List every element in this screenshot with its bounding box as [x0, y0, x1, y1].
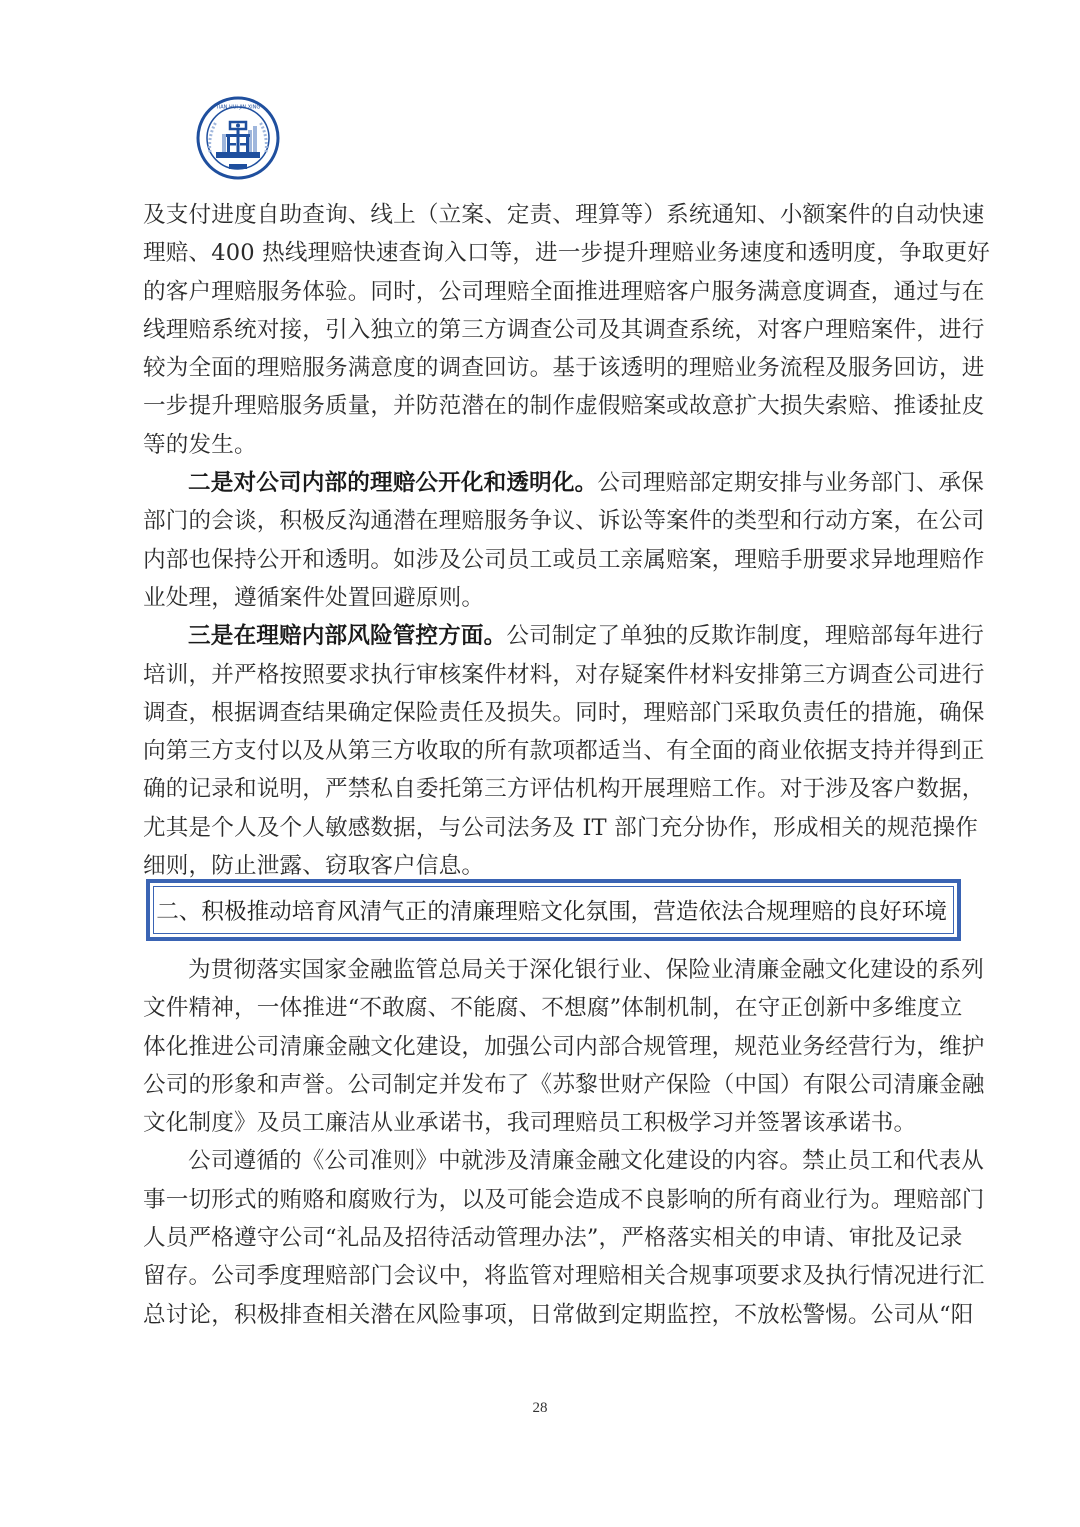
paragraph-line: 公司的形象和声誉。公司制定并发布了《苏黎世财产保险（中国）有限公司清廉金融 [143, 1066, 951, 1104]
paragraph-line: 培训，并严格按照要求执行审核案件材料，对存疑案件材料安排第三方调查公司进行 [143, 656, 951, 694]
paragraph-line: 人员严格遵守公司“礼品及招待活动管理办法”，严格落实相关的申请、审批及记录 [143, 1219, 951, 1257]
paragraph-line: 较为全面的理赔服务满意度的调查回访。基于该透明的理赔业务流程及服务回访，进 [143, 349, 951, 387]
paragraph-line: 事一切形式的贿赂和腐败行为，以及可能会造成不良影响的所有商业行为。理赔部门 [143, 1181, 951, 1219]
paragraph-line: 公司遵循的《公司准则》中就涉及清廉金融文化建设的内容。禁止员工和代表从 [143, 1142, 951, 1180]
section-heading: 二、积极推动培育风清气正的清廉理赔文化氛围，营造依法合规理赔的良好环境 [156, 894, 947, 926]
paragraph-line: 调查，根据调查结果确定保险责任及损失。同时，理赔部门采取负责任的措施，确保 [143, 694, 951, 732]
paragraph-line: 留存。公司季度理赔部门会议中，将监管对理赔相关合规事项要求及执行情况进行汇 [143, 1257, 951, 1295]
paragraph-line: 文化制度》及员工廉洁从业承诺书，我司理赔员工积极学习并签署该承诺书。 [143, 1104, 951, 1142]
paragraph-line: 理赔、400 热线理赔快速查询入口等，进一步提升理赔业务速度和透明度，争取更好 [143, 234, 951, 272]
paragraph-line: 线理赔系统对接，引入独立的第三方调查公司及其调查系统，对客户理赔案件，进行 [143, 311, 951, 349]
paragraph-text: 公司制定了单独的反欺诈制度，理赔部每年进行 [506, 623, 984, 649]
paragraph-line: 一步提升理赔服务质量，并防范潜在的制作虚假赔案或故意扩大损失索赔、推诿扯皮 [143, 387, 951, 425]
paragraph-internal-transparency: 二是对公司内部的理赔公开化和透明化。公司理赔部定期安排与业务部门、承保 [143, 464, 951, 502]
bold-lead-text: 二是对公司内部的理赔公开化和透明化。 [188, 470, 597, 496]
section-claims-transparency: 及支付进度自助查询、线上（立案、定责、理算等）系统通知、小额案件的自动快速 理赔… [143, 196, 951, 885]
section-heading-box: 二、积极推动培育风清气正的清廉理赔文化氛围，营造依法合规理赔的良好环境 [146, 879, 961, 941]
section-integrity-culture: 为贯彻落实国家金融监管总局关于深化银行业、保险业清廉金融文化建设的系列 文件精神… [143, 951, 951, 1334]
paragraph-risk-control: 三是在理赔内部风险管控方面。公司制定了单独的反欺诈制度，理赔部每年进行 [143, 617, 951, 655]
paragraph-line: 总讨论，积极排查相关潜在风险事项，日常做到定期监控，不放松警惕。公司从“阳 [143, 1296, 951, 1334]
paragraph-line: 部门的会谈，积极反沟通潜在理赔服务争议、诉讼等案件的类型和行动方案，在公司 [143, 502, 951, 540]
paragraph-line: 体化推进公司清廉金融文化建设，加强公司内部合规管理，规范业务经营行为，维护 [143, 1028, 951, 1066]
paragraph-line: 确的记录和说明，严禁私自委托第三方评估机构开展理赔工作。对于涉及客户数据， [143, 770, 951, 808]
bold-lead-text: 三是在理赔内部风险管控方面。 [188, 623, 506, 649]
paragraph-line: 尤其是个人及个人敏感数据，与公司法务及 IT 部门充分协作，形成相关的规范操作 [143, 809, 951, 847]
paragraph-line: 内部也保持公开和透明。如涉及公司员工或员工亲属赔案，理赔手册要求异地理赔作 [143, 541, 951, 579]
paragraph-line: 为贯彻落实国家金融监管总局关于深化银行业、保险业清廉金融文化建设的系列 [143, 951, 951, 989]
page-number: 28 [0, 1400, 1080, 1417]
paragraph-line: 等的发生。 [143, 426, 951, 464]
logo-ring-text: TIAN HUI JIN XING [215, 105, 261, 111]
paragraph-line: 文件精神，一体推进“不敢腐、不能腐、不想腐”体制机制，在守正创新中多维度立 [143, 989, 951, 1027]
paragraph-line: 向第三方支付以及从第三方收取的所有款项都适当、有全面的商业依据支持并得到正 [143, 732, 951, 770]
paragraph-text: 公司理赔部定期安排与业务部门、承保 [597, 470, 984, 496]
paragraph-line: 的客户理赔服务体验。同时，公司理赔全面推进理赔客户服务满意度调查，通过与在 [143, 273, 951, 311]
company-seal-logo-icon: TIAN HUI JIN XING [196, 96, 280, 180]
paragraph-line: 及支付进度自助查询、线上（立案、定责、理算等）系统通知、小额案件的自动快速 [143, 196, 951, 234]
section-heading-inner-border: 二、积极推动培育风清气正的清廉理赔文化氛围，营造依法合规理赔的良好环境 [153, 886, 954, 934]
paragraph-line: 业处理，遵循案件处置回避原则。 [143, 579, 951, 617]
